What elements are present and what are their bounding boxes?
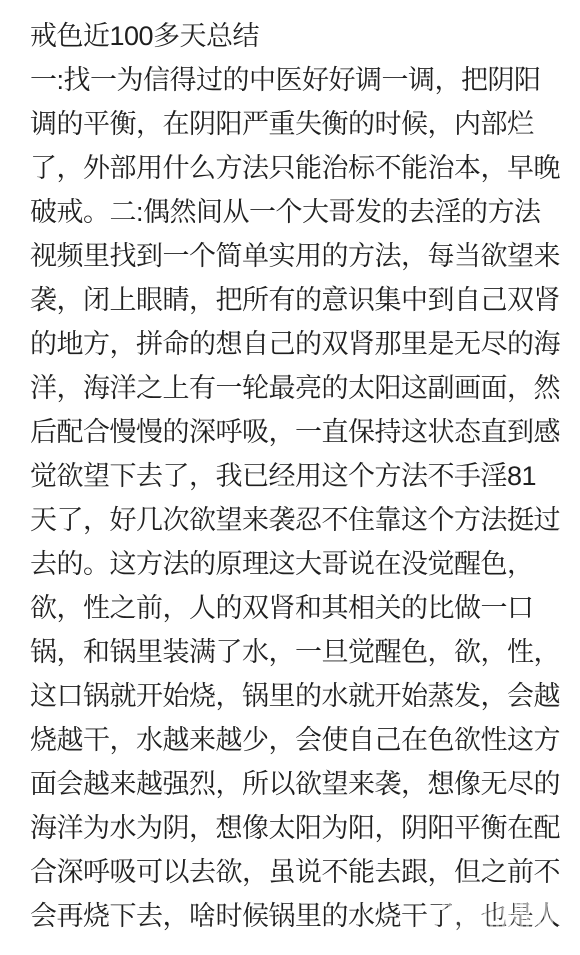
text-line: 海洋为水为阴，想像太阳为阳，阴阳平衡在配: [30, 806, 556, 850]
text-line: 调的平衡，在阴阳严重失衡的时候，内部烂: [30, 102, 556, 146]
document-page: 戒色近100多天总结 一:找一为信得过的中医好好调一调，把阴阳 调的平衡，在阴阳…: [0, 0, 580, 955]
text-line: 面会越来越强烈，所以欲望来袭，想像无尽的: [30, 762, 556, 806]
text-line: 后配合慢慢的深呼吸，一直保持这状态直到感: [30, 410, 556, 454]
text-line: 这口锅就开始烧，锅里的水就开始蒸发，会越: [30, 674, 556, 718]
text-line: 去的。这方法的原理这大哥说在没觉醒色，: [30, 542, 556, 586]
text-line: 锅，和锅里装满了水，一旦觉醒色，欲，性，: [30, 630, 556, 674]
text-line: 烧越干，水越来越少，会使自己在色欲性这方: [30, 718, 556, 762]
text-line: 天了，好几次欲望来袭忍不住靠这个方法挺过: [30, 498, 556, 542]
text-line: 的地方，拼命的想自己的双肾那里是无尽的海: [30, 322, 556, 366]
text-line: 觉欲望下去了，我已经用这个方法不手淫81: [30, 454, 556, 498]
text-line: 一:找一为信得过的中医好好调一调，把阴阳: [30, 58, 556, 102]
page-title: 戒色近100多天总结: [30, 14, 556, 58]
text-line: 欲，性之前，人的双肾和其相关的比做一口: [30, 586, 556, 630]
text-line: 袭，闭上眼睛，把所有的意识集中到自己双肾: [30, 278, 556, 322]
text-line: 了，外部用什么方法只能治标不能治本，早晚: [30, 146, 556, 190]
text-line: 合深呼吸可以去欲，虽说不能去跟，但之前不: [30, 850, 556, 894]
text-line: 会再烧下去，啥时候锅里的水烧干了，也是人: [30, 894, 556, 938]
text-line: 洋，海洋之上有一轮最亮的太阳这副画面，然: [30, 366, 556, 410]
text-line: 视频里找到一个简单实用的方法，每当欲望来: [30, 234, 556, 278]
text-line: 破戒。二:偶然间从一个大哥发的去淫的方法: [30, 190, 556, 234]
